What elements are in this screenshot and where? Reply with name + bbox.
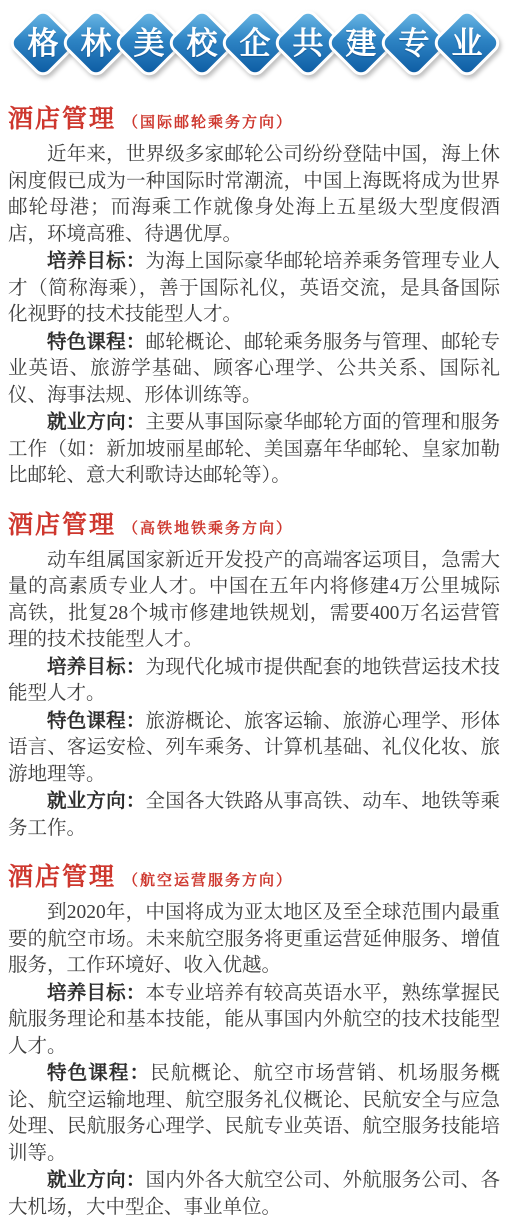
banner-diamond: 林 xyxy=(70,8,123,78)
banner-character: 格 xyxy=(28,28,59,59)
courses-label: 特色课程： xyxy=(47,1062,150,1084)
section-intro: 到2020年，中国将成为亚太地区及至全球范围内最重要的航空市场。未来航空服务将更… xyxy=(8,900,500,980)
section-cruise: 酒店管理 （国际邮轮乘务方向） 近年来，世界级多家邮轮公司纷纷登陆中国，海上休闲… xyxy=(8,99,500,490)
banner-character: 业 xyxy=(452,28,483,59)
section-subtitle: （国际邮轮乘务方向） xyxy=(123,111,293,132)
goal-label: 培养目标： xyxy=(47,656,146,678)
employment-paragraph: 就业方向：国内外各大航空公司、外航服务公司、各大机场，大中型企、事业单位。 xyxy=(8,1167,500,1221)
banner-diamond: 企 xyxy=(229,8,282,78)
banner-diamond: 业 xyxy=(441,8,494,78)
courses-paragraph: 特色课程：旅游概论、旅客运输、旅游心理学、形体语言、客运安检、列车乘务、计算机基… xyxy=(8,708,500,789)
goal-paragraph: 培养目标：为现代化城市提供配套的地铁营运技术技能型人才。 xyxy=(8,654,500,708)
intro-text: 动车组属国家新近开发投产的高端客运项目，急需大量的高素质专业人才。中国在五年内将… xyxy=(8,550,500,651)
banner-character: 美 xyxy=(134,28,165,59)
section-title: 酒店管理 xyxy=(8,505,116,541)
courses-paragraph: 特色课程：民航概论、航空市场营销、机场服务概论、航空运输地理、航空服务礼仪概论、… xyxy=(8,1060,500,1167)
banner-character: 建 xyxy=(346,28,377,59)
employment-label: 就业方向： xyxy=(47,1169,146,1191)
section-intro: 动车组属国家新近开发投产的高端客运项目，急需大量的高素质专业人才。中国在五年内将… xyxy=(8,548,500,654)
banner-character: 林 xyxy=(81,28,112,59)
section-intro: 近年来，世界级多家邮轮公司纷纷登陆中国，海上休闲度假已成为一种国际时常潮流，中国… xyxy=(8,142,500,248)
courses-label: 特色课程： xyxy=(47,331,146,353)
courses-paragraph: 特色课程：邮轮概论、邮轮乘务服务与管理、邮轮专业英语、旅游学基础、顾客心理学、公… xyxy=(8,329,500,410)
diamond-shape: 业 xyxy=(430,6,504,80)
employment-label: 就业方向： xyxy=(47,790,146,812)
employment-paragraph: 就业方向：全国各大铁路从事高铁、动车、地铁等乘务工作。 xyxy=(8,788,500,842)
banner-character: 校 xyxy=(187,28,218,59)
section-heading: 酒店管理 （国际邮轮乘务方向） xyxy=(8,99,500,135)
banner-diamond: 格 xyxy=(17,8,70,78)
goal-paragraph: 培养目标：为海上国际豪华邮轮培养乘务管理专业人才（简称海乘），善于国际礼仪，英语… xyxy=(8,248,500,329)
employment-label: 就业方向： xyxy=(47,411,146,433)
banner-character: 企 xyxy=(240,28,271,59)
section-title: 酒店管理 xyxy=(8,99,116,135)
section-heading: 酒店管理 （高铁地铁乘务方向） xyxy=(8,505,500,541)
banner-diamond: 校 xyxy=(176,8,229,78)
banner-diamond: 建 xyxy=(335,8,388,78)
goal-paragraph: 培养目标：本专业培养有较高英语水平，熟练掌握民航服务理论和基本技能，能从事国内外… xyxy=(8,980,500,1061)
banner-diamond: 专 xyxy=(388,8,441,78)
goal-label: 培养目标： xyxy=(47,982,146,1004)
section-aviation: 酒店管理 （航空运营服务方向） 到2020年，中国将成为亚太地区及至全球范围内最… xyxy=(8,857,500,1221)
banner-character: 共 xyxy=(293,28,324,59)
section-title: 酒店管理 xyxy=(8,857,116,893)
intro-text: 到2020年，中国将成为亚太地区及至全球范围内最重要的航空市场。未来航空服务将更… xyxy=(8,902,500,976)
section-subtitle: （高铁地铁乘务方向） xyxy=(123,517,293,538)
section-heading: 酒店管理 （航空运营服务方向） xyxy=(8,857,500,893)
section-rail: 酒店管理 （高铁地铁乘务方向） 动车组属国家新近开发投产的高端客运项目，急需大量… xyxy=(8,505,500,843)
document-body: 酒店管理 （国际邮轮乘务方向） 近年来，世界级多家邮轮公司纷纷登陆中国，海上休闲… xyxy=(0,99,510,1221)
courses-label: 特色课程： xyxy=(47,710,146,732)
employment-paragraph: 就业方向：主要从事国际豪华邮轮方面的管理和服务工作（如：新加坡丽星邮轮、美国嘉年… xyxy=(8,409,500,490)
section-subtitle: （航空运营服务方向） xyxy=(123,869,293,890)
banner-diamond: 共 xyxy=(282,8,335,78)
banner-diamond: 美 xyxy=(123,8,176,78)
banner-title: 格 林 美 校 企 共 建 专 业 xyxy=(0,0,510,84)
intro-text: 近年来，世界级多家邮轮公司纷纷登陆中国，海上休闲度假已成为一种国际时常潮流，中国… xyxy=(8,144,500,245)
goal-label: 培养目标： xyxy=(47,250,146,272)
banner-character: 专 xyxy=(399,28,430,59)
